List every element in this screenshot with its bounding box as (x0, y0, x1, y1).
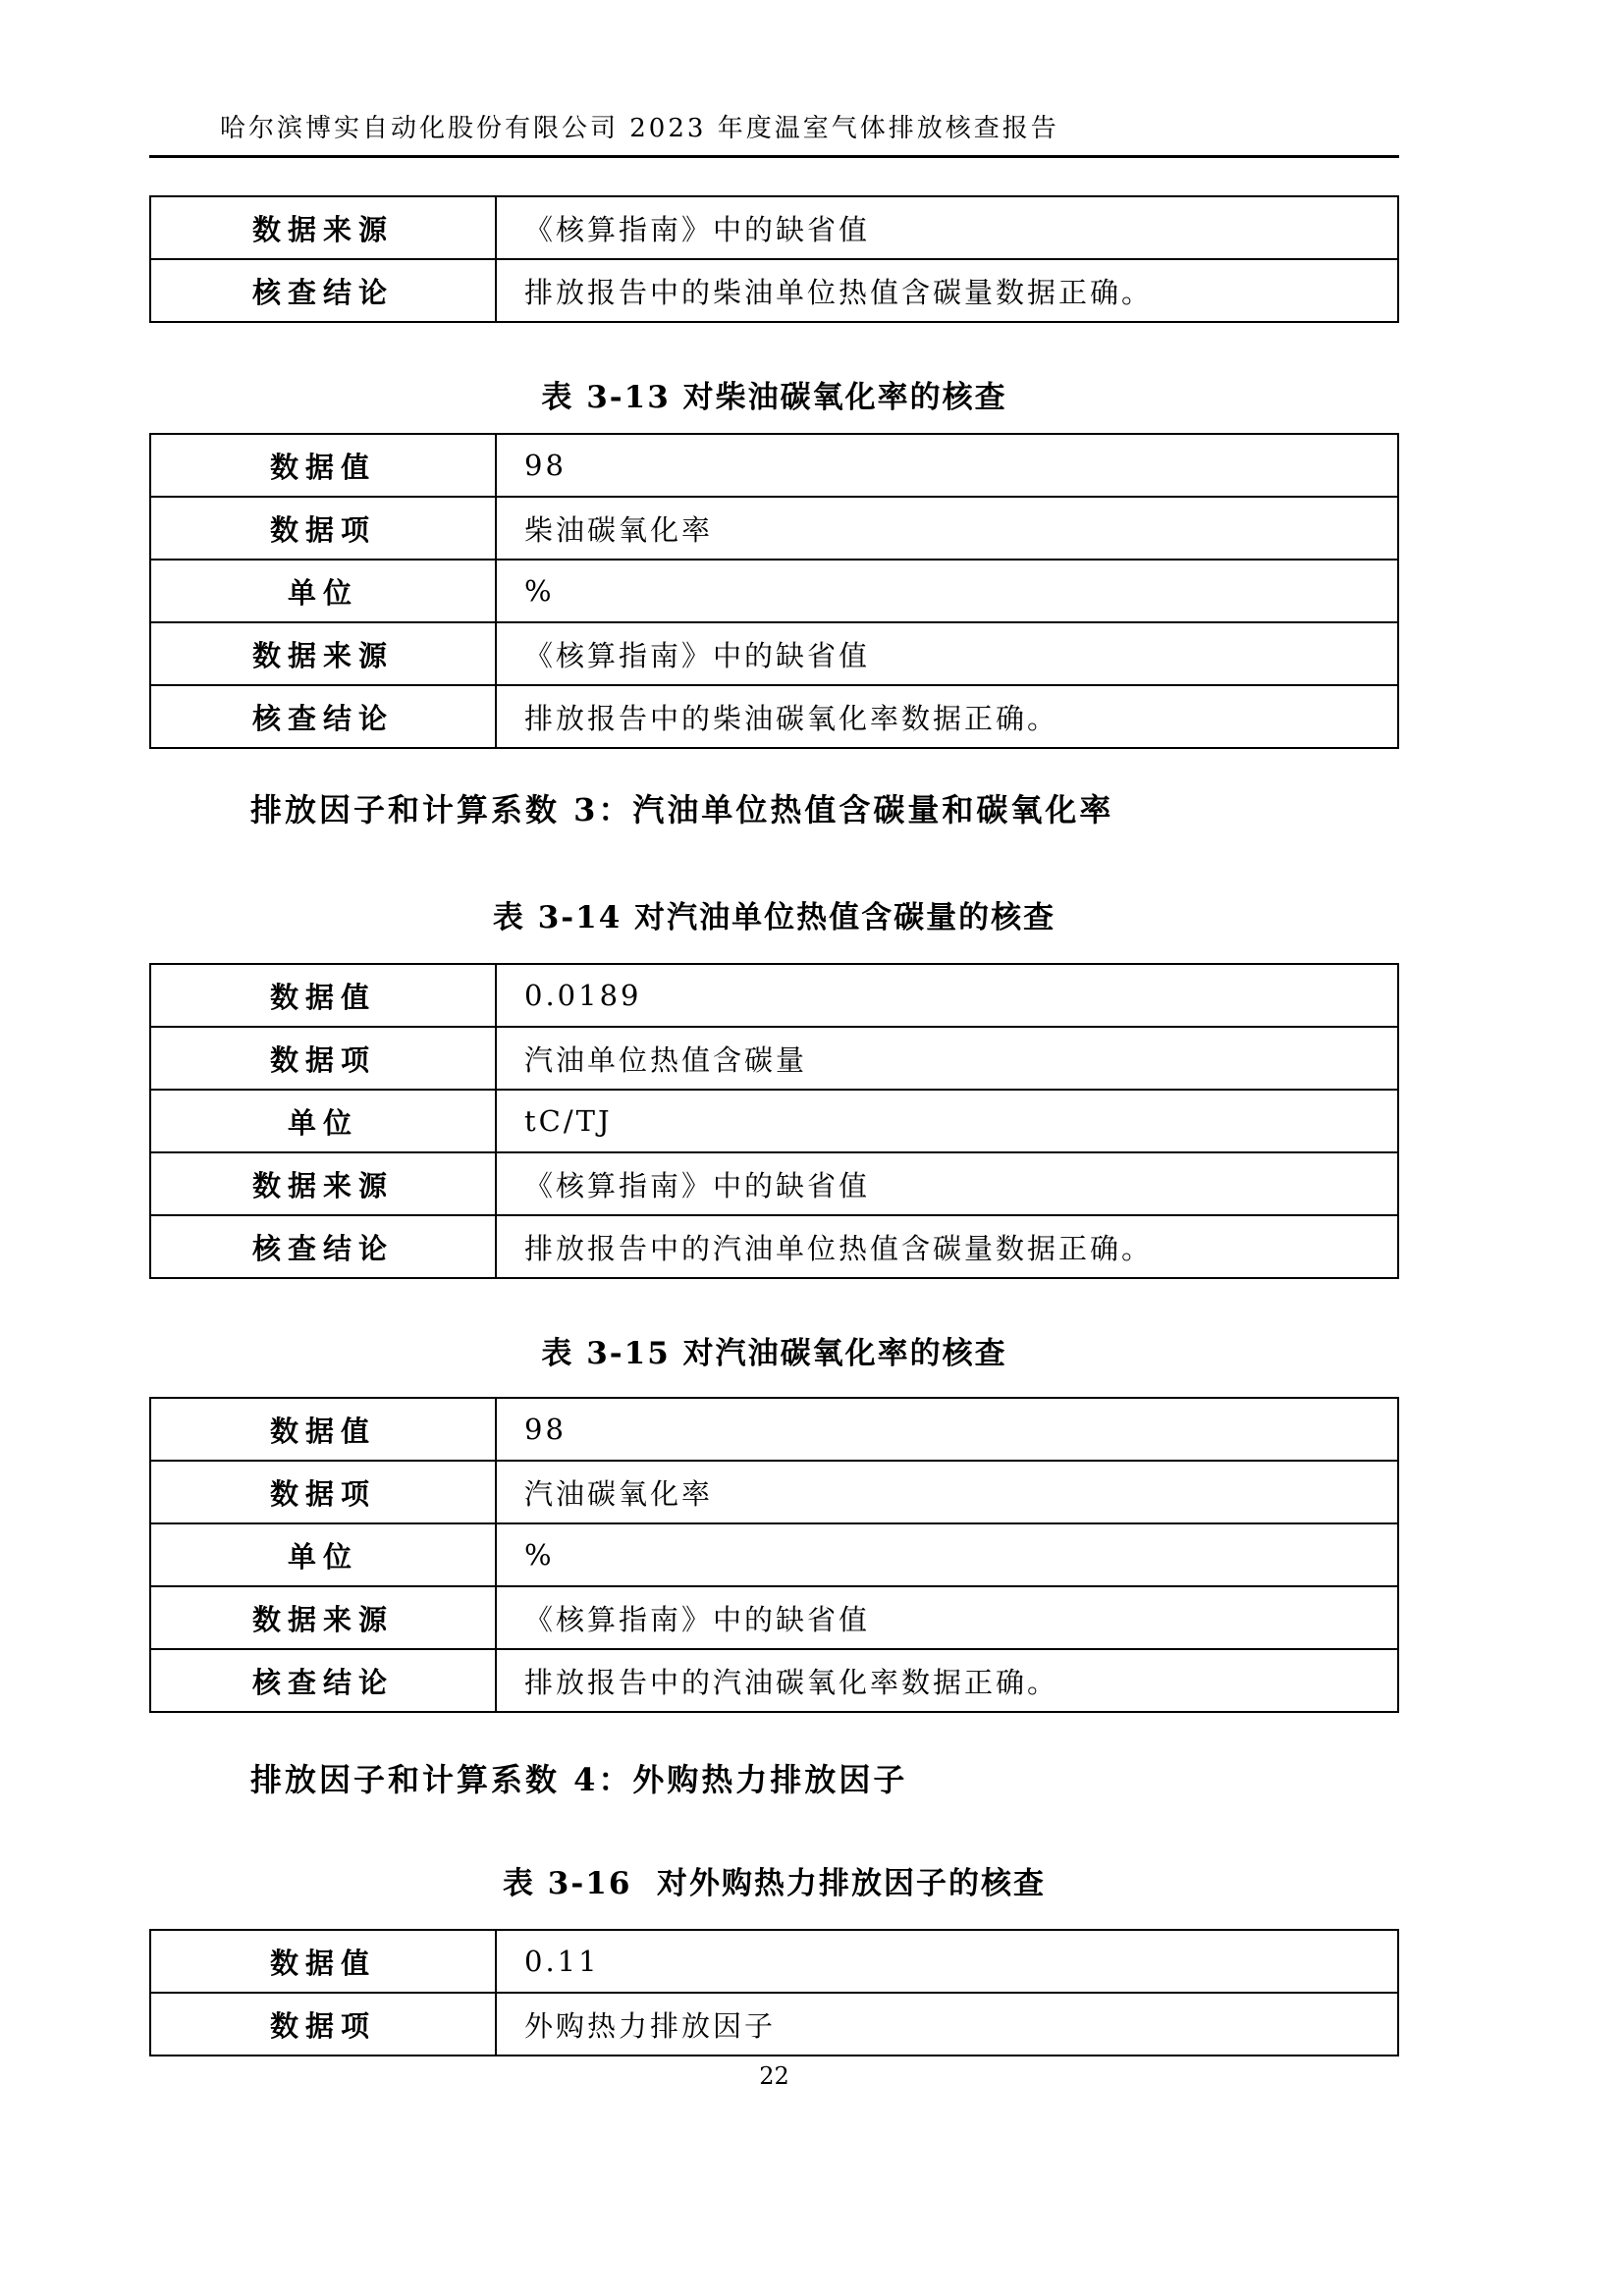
data-value-cell: 98 (496, 1398, 1398, 1461)
page-header: 哈尔滨博实自动化股份有限公司 2023 年度温室气体排放核查报告 (149, 112, 1399, 158)
table-row: 核查结论 排放报告中的柴油单位热值含碳量数据正确。 (150, 259, 1398, 322)
table-3-14: 数据值 0.0189 数据项 汽油单位热值含碳量 单位 tC/TJ 数据来源 《… (149, 963, 1399, 1279)
data-label-cell: 单位 (150, 560, 496, 622)
data-label-cell: 数据项 (150, 1993, 496, 2056)
data-value-cell: 排放报告中的柴油单位热值含碳量数据正确。 (496, 259, 1398, 322)
table-row: 数据值 0.0189 (150, 964, 1398, 1027)
table-row: 核查结论 排放报告中的汽油单位热值含碳量数据正确。 (150, 1215, 1398, 1278)
table-row: 数据来源 《核算指南》中的缺省值 (150, 196, 1398, 259)
data-value-cell: 《核算指南》中的缺省值 (496, 1586, 1398, 1649)
table-3-14-caption: 表 3-14 对汽油单位热值含碳量的核查 (149, 898, 1399, 937)
data-label-cell: 数据值 (150, 964, 496, 1027)
data-label-cell: 核查结论 (150, 259, 496, 322)
header-title: 哈尔滨博实自动化股份有限公司 2023 年度温室气体排放核查报告 (149, 112, 1399, 145)
data-value-cell: 《核算指南》中的缺省值 (496, 1152, 1398, 1215)
data-label-cell: 数据来源 (150, 622, 496, 685)
data-value-cell: 排放报告中的汽油单位热值含碳量数据正确。 (496, 1215, 1398, 1278)
data-value-cell: tC/TJ (496, 1090, 1398, 1152)
table-row: 数据来源 《核算指南》中的缺省值 (150, 622, 1398, 685)
table-row: 数据项 汽油碳氧化率 (150, 1461, 1398, 1523)
data-label-cell: 核查结论 (150, 1215, 496, 1278)
data-value-cell: 98 (496, 434, 1398, 497)
table-row: 数据来源 《核算指南》中的缺省值 (150, 1152, 1398, 1215)
data-label-cell: 数据来源 (150, 1586, 496, 1649)
table-3-16: 数据值 0.11 数据项 外购热力排放因子 (149, 1929, 1399, 2056)
table-row: 核查结论 排放报告中的汽油碳氧化率数据正确。 (150, 1649, 1398, 1712)
data-label-cell: 单位 (150, 1523, 496, 1586)
data-label-cell: 数据值 (150, 1398, 496, 1461)
table-row: 数据值 98 (150, 1398, 1398, 1461)
data-label-cell: 单位 (150, 1090, 496, 1152)
document-page: 哈尔滨博实自动化股份有限公司 2023 年度温室气体排放核查报告 数据来源 《核… (0, 0, 1624, 2296)
data-label-cell: 数据值 (150, 1930, 496, 1993)
table-row: 数据来源 《核算指南》中的缺省值 (150, 1586, 1398, 1649)
table-3-15: 数据值 98 数据项 汽油碳氧化率 单位 % 数据来源 《核算指南》中的缺省值 … (149, 1397, 1399, 1713)
table-3-15-caption: 表 3-15 对汽油碳氧化率的核查 (149, 1334, 1399, 1373)
data-label-cell: 数据来源 (150, 1152, 496, 1215)
table-diesel-carbon-content-tail: 数据来源 《核算指南》中的缺省值 核查结论 排放报告中的柴油单位热值含碳量数据正… (149, 195, 1399, 323)
table-row: 数据项 外购热力排放因子 (150, 1993, 1398, 2056)
table-row: 数据项 柴油碳氧化率 (150, 497, 1398, 560)
data-label-cell: 核查结论 (150, 1649, 496, 1712)
data-value-cell: 《核算指南》中的缺省值 (496, 622, 1398, 685)
table-row: 单位 tC/TJ (150, 1090, 1398, 1152)
table-row: 单位 % (150, 560, 1398, 622)
data-value-cell: % (496, 560, 1398, 622)
table-3-16-caption: 表 3-16 对外购热力排放因子的核查 (149, 1864, 1399, 1903)
data-label-cell: 数据项 (150, 1461, 496, 1523)
data-label-cell: 数据值 (150, 434, 496, 497)
data-label-cell: 核查结论 (150, 685, 496, 748)
data-value-cell: 排放报告中的汽油碳氧化率数据正确。 (496, 1649, 1398, 1712)
data-value-cell: 0.11 (496, 1930, 1398, 1993)
data-value-cell: 0.0189 (496, 964, 1398, 1027)
data-label-cell: 数据项 (150, 497, 496, 560)
page-content: 哈尔滨博实自动化股份有限公司 2023 年度温室气体排放核查报告 数据来源 《核… (149, 0, 1399, 2090)
data-value-cell: 排放报告中的柴油碳氧化率数据正确。 (496, 685, 1398, 748)
table-row: 数据项 汽油单位热值含碳量 (150, 1027, 1398, 1090)
data-label-cell: 数据来源 (150, 196, 496, 259)
data-label-cell: 数据项 (150, 1027, 496, 1090)
table-row: 数据值 98 (150, 434, 1398, 497)
table-row: 核查结论 排放报告中的柴油碳氧化率数据正确。 (150, 685, 1398, 748)
data-value-cell: 《核算指南》中的缺省值 (496, 196, 1398, 259)
data-value-cell: 汽油单位热值含碳量 (496, 1027, 1398, 1090)
table-row: 数据值 0.11 (150, 1930, 1398, 1993)
data-value-cell: 汽油碳氧化率 (496, 1461, 1398, 1523)
data-value-cell: 柴油碳氧化率 (496, 497, 1398, 560)
table-3-13-caption: 表 3-13 对柴油碳氧化率的核查 (149, 378, 1399, 417)
section-heading-3: 排放因子和计算系数 3：汽油单位热值含碳量和碳氧化率 (149, 788, 1399, 831)
section-heading-4: 排放因子和计算系数 4：外购热力排放因子 (149, 1758, 1399, 1801)
data-value-cell: 外购热力排放因子 (496, 1993, 1398, 2056)
table-row: 单位 % (150, 1523, 1398, 1586)
data-value-cell: % (496, 1523, 1398, 1586)
table-3-13: 数据值 98 数据项 柴油碳氧化率 单位 % 数据来源 《核算指南》中的缺省值 … (149, 433, 1399, 749)
page-number: 22 (149, 2062, 1399, 2090)
